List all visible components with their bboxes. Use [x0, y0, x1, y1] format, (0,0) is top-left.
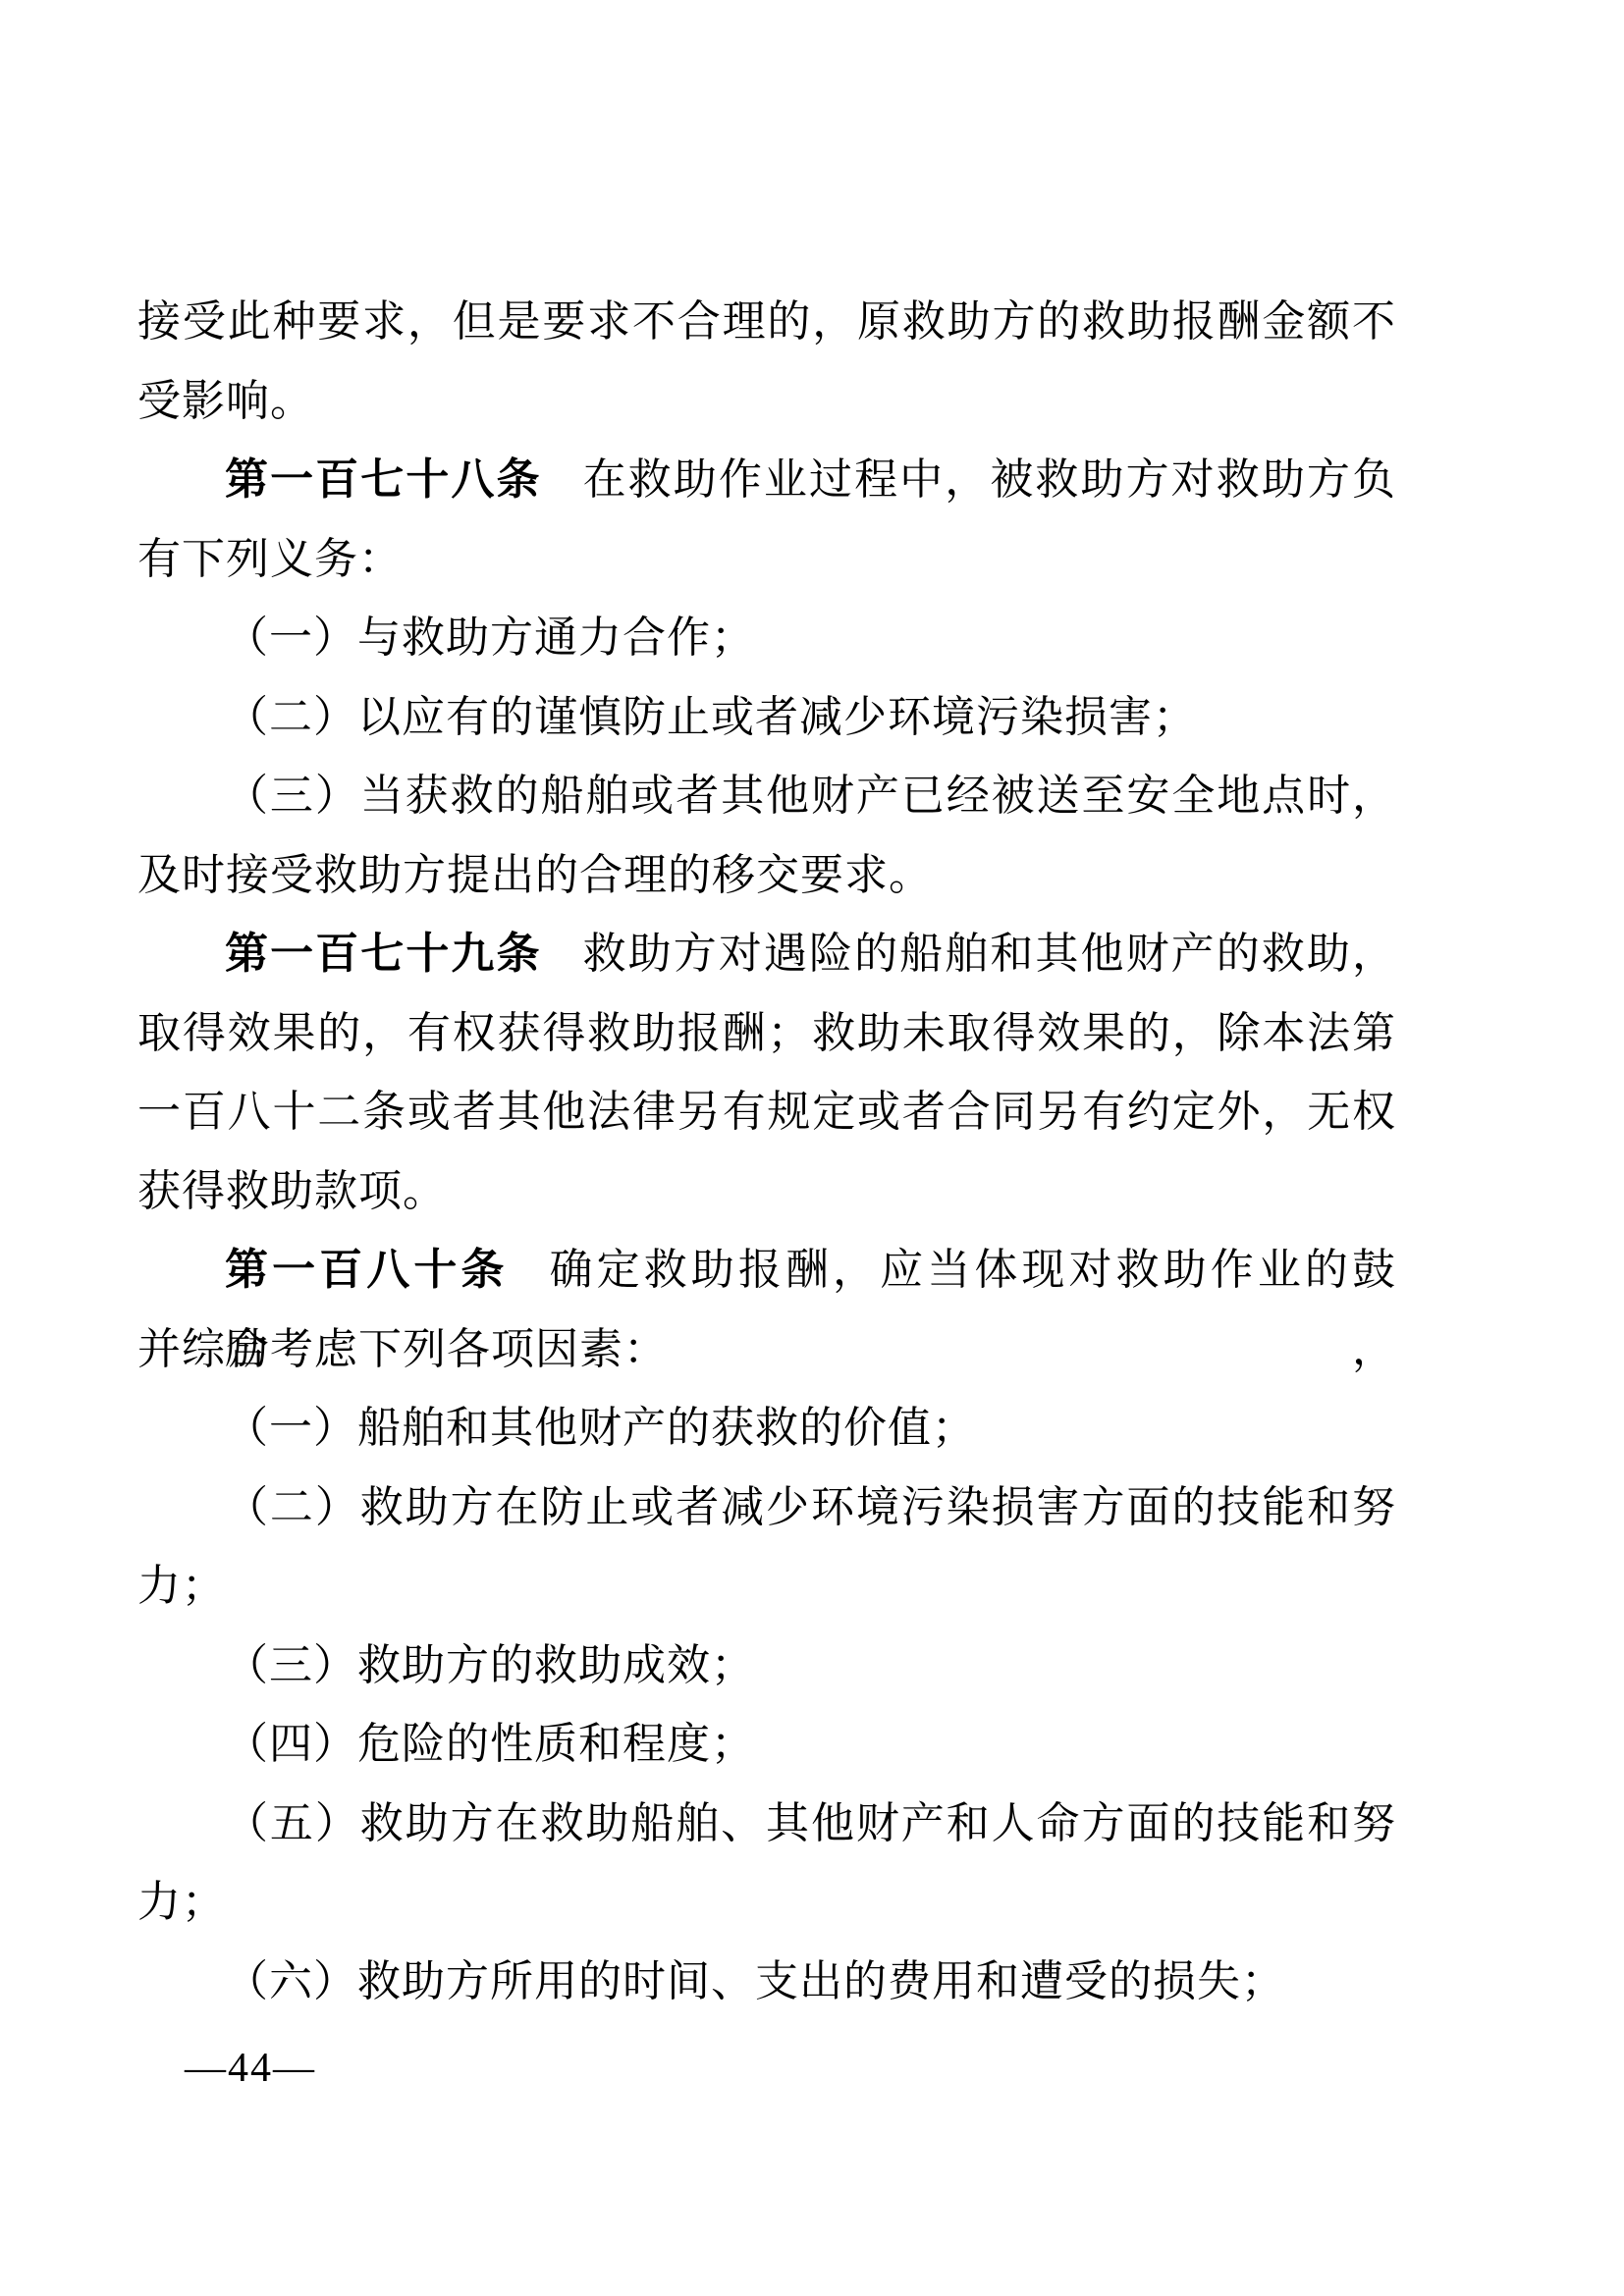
text-segment: （三）救助方的救助成效； — [225, 1641, 755, 1689]
text-line: 取得效果的，有权获得救助报酬；救助未取得效果的，除本法第 — [137, 994, 1396, 1074]
text-line: 及时接受救助方提出的合理的移交要求。 — [137, 836, 1396, 916]
text-segment: 受影响。 — [137, 377, 314, 425]
text-segment: 获得救助款项。 — [137, 1167, 447, 1215]
text-line: （四）危险的性质和程度； — [137, 1705, 1396, 1785]
text-segment: 力； — [137, 1562, 226, 1610]
text-line: 第一百七十九条救助方对遇险的船舶和其他财产的救助， — [137, 915, 1396, 994]
text-segment: 并综合考虑下列各项因素： — [137, 1325, 668, 1373]
text-segment: 接受此种要求，但是要求不合理的，原救助方的救助报酬金额不 — [137, 297, 1396, 346]
document-body: 接受此种要求，但是要求不合理的，原救助方的救助报酬金额不受影响。第一百七十八条在… — [137, 283, 1396, 2021]
text-line: 有下列义务： — [137, 520, 1396, 600]
text-segment: （一）与救助方通力合作； — [225, 614, 755, 662]
text-segment: 取得效果的，有权获得救助报酬；救助未取得效果的，除本法第 — [137, 1009, 1396, 1057]
text-line: （一）与救助方通力合作； — [137, 599, 1396, 678]
article-number: 第一百八十条 — [225, 1246, 509, 1294]
text-segment: 力； — [137, 1878, 226, 1926]
text-segment: （三）当获救的船舶或者其他财产已经被送至安全地点时， — [225, 772, 1396, 820]
text-segment: 一百八十二条或者其他法律另有规定或者合同另有约定外，无权 — [137, 1088, 1396, 1136]
text-line: 获得救助款项。 — [137, 1152, 1396, 1232]
page-number: —44— — [185, 2045, 316, 2092]
article-number: 第一百七十八条 — [225, 455, 542, 504]
text-segment: （四）危险的性质和程度； — [225, 1720, 755, 1768]
text-segment: 救助方对遇险的船舶和其他财产的救助， — [583, 930, 1396, 978]
text-line: 一百八十二条或者其他法律另有规定或者合同另有约定外，无权 — [137, 1073, 1396, 1152]
text-line: （五）救助方在救助船舶、其他财产和人命方面的技能和努 — [137, 1785, 1396, 1864]
text-segment: （二）救助方在防止或者减少环境污染损害方面的技能和努 — [225, 1483, 1396, 1531]
text-line: 第一百八十条确定救助报酬，应当体现对救助作业的鼓励， — [137, 1231, 1396, 1310]
article-number: 第一百七十九条 — [225, 930, 542, 978]
text-segment: 有下列义务： — [137, 535, 403, 583]
text-segment: （二）以应有的谨慎防止或者减少环境污染损害； — [225, 693, 1197, 741]
text-segment: 在救助作业过程中，被救助方对救助方负 — [583, 455, 1396, 504]
text-line: 第一百七十八条在救助作业过程中，被救助方对救助方负 — [137, 441, 1396, 520]
text-line: （三）救助方的救助成效； — [137, 1627, 1396, 1706]
text-line: 受影响。 — [137, 362, 1396, 442]
text-line: 力； — [137, 1863, 1396, 1943]
text-line: （一）船舶和其他财产的获救的价值； — [137, 1389, 1396, 1468]
text-segment: 及时接受救助方提出的合理的移交要求。 — [137, 851, 933, 899]
text-line: （六）救助方所用的时间、支出的费用和遭受的损失； — [137, 1943, 1396, 2022]
text-line: （三）当获救的船舶或者其他财产已经被送至安全地点时， — [137, 757, 1396, 836]
text-segment: （一）船舶和其他财产的获救的价值； — [225, 1404, 976, 1452]
document-page: 接受此种要求，但是要求不合理的，原救助方的救助报酬金额不受影响。第一百七十八条在… — [0, 0, 1624, 2296]
text-segment: （六）救助方所用的时间、支出的费用和遭受的损失； — [225, 1957, 1285, 2005]
text-segment: （五）救助方在救助船舶、其他财产和人命方面的技能和努 — [225, 1799, 1396, 1847]
text-line: 力； — [137, 1547, 1396, 1627]
text-line: 接受此种要求，但是要求不合理的，原救助方的救助报酬金额不 — [137, 283, 1396, 362]
text-line: （二）以应有的谨慎防止或者减少环境污染损害； — [137, 678, 1396, 758]
text-line: （二）救助方在防止或者减少环境污染损害方面的技能和努 — [137, 1468, 1396, 1548]
